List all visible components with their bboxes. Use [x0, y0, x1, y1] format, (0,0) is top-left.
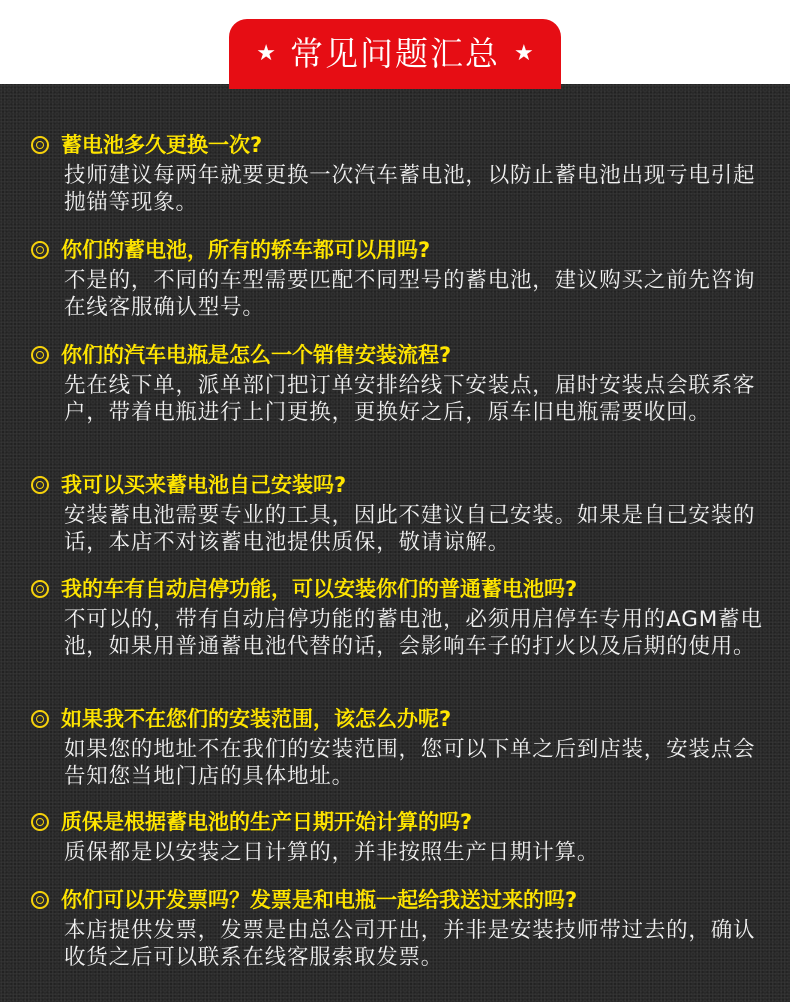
answer-text: 技师建议每两年就要更换一次汽车蓄电池，以防止蓄电池出现亏电引起抛锚等现象。: [64, 162, 764, 216]
question-text: 你们的蓄电池，所有的轿车都可以用吗?: [61, 236, 430, 264]
answer-text: 不是的，不同的车型需要匹配不同型号的蓄电池，建议购买之前先咨询在线客服确认型号。: [64, 267, 764, 321]
answer-text: 不可以的，带有自动启停功能的蓄电池，必须用启停车专用的AGM蓄电池，如果用普通蓄…: [64, 606, 764, 660]
double-circle-bullet-icon: [31, 891, 49, 909]
faq-question: 你们的蓄电池，所有的轿车都可以用吗?: [31, 236, 430, 264]
double-circle-bullet-icon: [31, 813, 49, 831]
question-text: 如果我不在您们的安装范围，该怎么办呢?: [61, 705, 451, 733]
double-circle-bullet-icon: [31, 580, 49, 598]
answer-text: 本店提供发票，发票是由总公司开出，并非是安装技师带过去的，确认收货之后可以联系在…: [64, 917, 764, 971]
question-text: 你们可以开发票吗？发票是和电瓶一起给我送过来的吗?: [61, 886, 577, 914]
page-title: 常见问题汇总: [290, 37, 500, 70]
double-circle-bullet-icon: [31, 136, 49, 154]
star-icon-right: ★: [514, 43, 534, 65]
faq-question: 蓄电池多久更换一次?: [31, 131, 262, 159]
answer-text: 安装蓄电池需要专业的工具，因此不建议自己安装。如果是自己安装的话，本店不对该蓄电…: [64, 502, 764, 556]
answer-text: 质保都是以安装之日计算的，并非按照生产日期计算。: [64, 839, 764, 866]
question-text: 我的车有自动启停功能，可以安装你们的普通蓄电池吗?: [61, 575, 577, 603]
faq-question: 质保是根据蓄电池的生产日期开始计算的吗?: [31, 808, 472, 836]
double-circle-bullet-icon: [31, 710, 49, 728]
answer-text: 先在线下单，派单部门把订单安排给线下安装点，届时安装点会联系客户，带着电瓶进行上…: [64, 372, 764, 426]
double-circle-bullet-icon: [31, 476, 49, 494]
faq-question: 我可以买来蓄电池自己安装吗?: [31, 471, 346, 499]
faq-question: 我的车有自动启停功能，可以安装你们的普通蓄电池吗?: [31, 575, 577, 603]
double-circle-bullet-icon: [31, 241, 49, 259]
question-text: 我可以买来蓄电池自己安装吗?: [61, 471, 346, 499]
faq-question: 你们可以开发票吗？发票是和电瓶一起给我送过来的吗?: [31, 886, 577, 914]
answer-text: 如果您的地址不在我们的安装范围，您可以下单之后到店装，安装点会告知您当地门店的具…: [64, 736, 764, 790]
question-text: 质保是根据蓄电池的生产日期开始计算的吗?: [61, 808, 472, 836]
faq-question: 如果我不在您们的安装范围，该怎么办呢?: [31, 705, 451, 733]
double-circle-bullet-icon: [31, 346, 49, 364]
star-icon-left: ★: [256, 43, 276, 65]
faq-title-tab: ★ 常见问题汇总 ★: [229, 19, 561, 89]
question-text: 蓄电池多久更换一次?: [61, 131, 262, 159]
faq-question: 你们的汽车电瓶是怎么一个销售安装流程?: [31, 341, 451, 369]
question-text: 你们的汽车电瓶是怎么一个销售安装流程?: [61, 341, 451, 369]
